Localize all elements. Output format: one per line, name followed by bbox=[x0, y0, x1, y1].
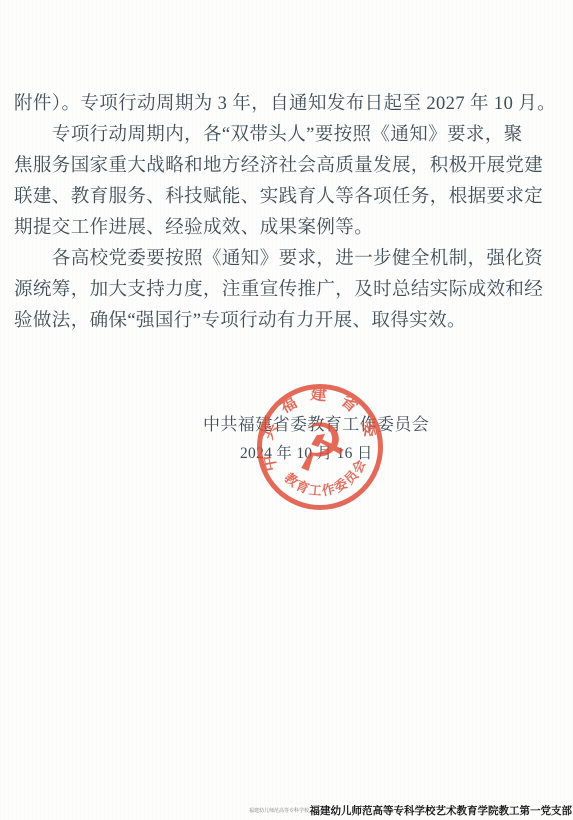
document-body: 附件）。专项行动周期为 3 年，自通知发布日起至 2027 年 10 月。 专项… bbox=[14, 89, 566, 337]
document-page: 附件）。专项行动周期为 3 年，自通知发布日起至 2027 年 10 月。 专项… bbox=[0, 0, 573, 820]
footer-branch-text: 福建幼儿师范高等专科学校艺术教育学院教工第一党支部 bbox=[310, 803, 573, 818]
body-line: 附件）。专项行动周期为 3 年，自通知发布日起至 2027 年 10 月。 bbox=[14, 89, 566, 120]
body-line: 联建、教育服务、科技赋能、实践育人等各项任务，根据要求定 bbox=[14, 182, 566, 213]
signature-line: 中共福建省委教育工作委员会 bbox=[203, 410, 429, 435]
body-line: 专项行动周期内，各“双带头人”要按照《通知》要求，聚 bbox=[14, 120, 566, 151]
body-line: 验做法，确保“强国行”专项行动有力开展、取得实效。 bbox=[14, 306, 566, 337]
body-line: 各高校党委要按照《通知》要求，进一步健全机制，强化资 bbox=[14, 244, 566, 275]
body-line: 期提交工作进展、经验成效、成果案例等。 bbox=[14, 213, 566, 244]
body-line: 源统筹，加大支持力度，注重宣传推广，及时总结实际成效和经 bbox=[14, 275, 566, 306]
date-line: 2024 年 10 月 16 日 bbox=[240, 441, 373, 463]
footer-micro-text: 福建幼儿师范高等专科学校 bbox=[249, 807, 309, 814]
body-line: 焦服务国家重大战略和地方经济社会高质量发展，积极开展党建 bbox=[14, 151, 566, 182]
